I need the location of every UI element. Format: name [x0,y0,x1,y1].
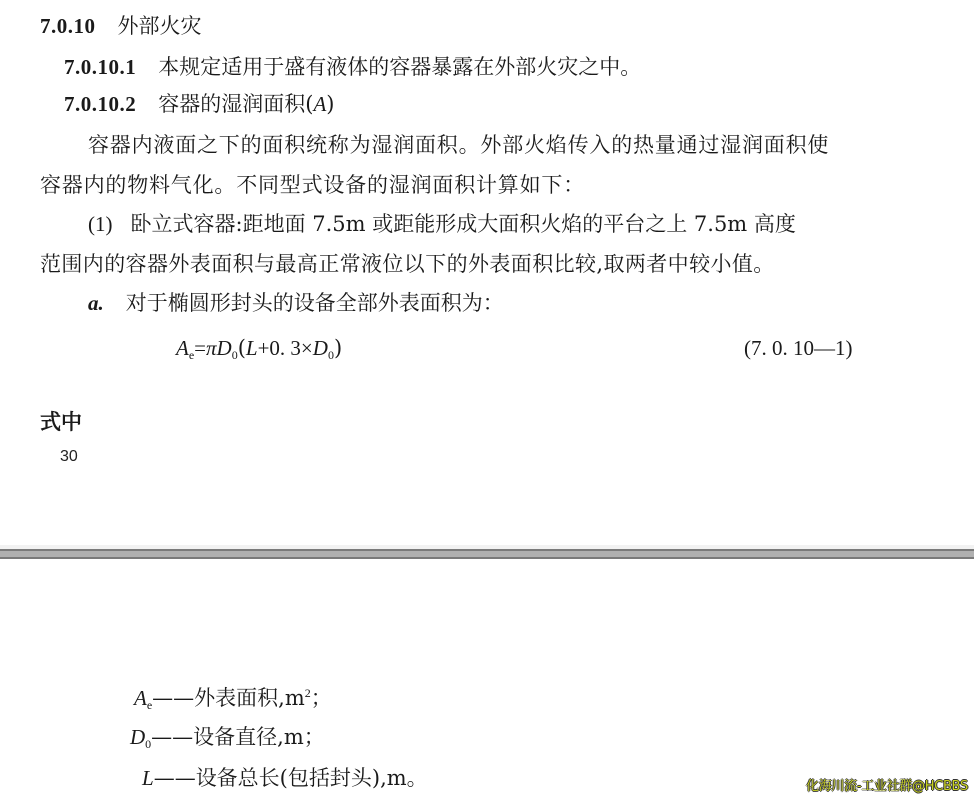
definition-var: D [130,725,145,749]
definition-d0: D0——设备直径,m； [130,725,325,756]
clause-text: 本规定适用于盛有液体的容器暴露在外部火灾之中。 [158,55,641,79]
watermark: 化海川流-工业社群@HCBBS [806,775,968,794]
item-a: a.对于椭圆形封头的设备全部外表面积为： [88,291,504,315]
clause-number: 7.0.10.1 [64,55,136,79]
equation-number: (7. 0. 10—1) [744,336,853,360]
formula-eq: = [194,336,206,360]
definition-end: ； [311,686,332,710]
definition-text: 设备直径,m； [193,725,325,749]
section-number: 7.0.10 [40,14,96,38]
clause-text-prefix: 容器的湿润面积( [158,92,313,116]
formula-paren: ( [238,336,246,360]
definition-var: A [134,686,147,710]
formula-var-l: L [246,336,258,360]
definition-text: 设备总长(包括封头),m。 [196,766,428,790]
paragraph-line-1: 容器内液面之下的面积统称为湿润面积。外部火焰传入的热量通过湿润面积使 [88,133,829,157]
formula-pi: π [206,336,217,360]
definition-dash: —— [152,686,194,710]
item-text: 对于椭圆形封头的设备全部外表面积为： [126,291,504,315]
paragraph-line-2: 容器内的物料气化。不同型式设备的湿润面积计算如下： [40,173,585,197]
formula-var-d: D [217,336,232,360]
formula-paren: ) [334,336,342,360]
definition-var: L [142,766,154,790]
item-label: a. [88,291,104,315]
item-1-line-2: 范围内的容器外表面积与最高正常液位以下的外表面积比较,取两者中较小值。 [40,252,775,276]
where-label: 式中 [40,410,82,434]
formula-var-a: A [176,336,189,360]
item-label: (1) [88,212,113,236]
clause-7-0-10-2: 7.0.10.2容器的湿润面积(A) [64,92,334,116]
definition-ae: Ae——外表面积,m2； [134,681,332,717]
clause-7-0-10-1: 7.0.10.1本规定适用于盛有液体的容器暴露在外部火灾之中。 [64,55,641,79]
definition-dash: —— [154,766,196,790]
definition-l: L——设备总长(包括封头),m。 [142,766,428,790]
clause-text-suffix: ) [326,92,334,116]
formula-var-d: D [313,336,328,360]
item-text: 卧立式容器:距地面 7.5m 或距能形成大面积火焰的平台之上 7.5m 高度 [131,212,796,236]
item-1-line-1: (1)卧立式容器:距地面 7.5m 或距能形成大面积火焰的平台之上 7.5m 高… [88,212,796,236]
page-number: 30 [60,448,78,466]
page-divider [0,549,974,559]
clause-var: A [313,92,326,116]
clause-number: 7.0.10.2 [64,92,136,116]
formula: Ae=πD0(L+0. 3×D0) [176,336,342,367]
section-title: 外部火灾 [118,14,202,38]
definition-dash: —— [151,725,193,749]
section-heading: 7.0.10外部火灾 [40,14,202,38]
definition-text: 外表面积,m [194,686,305,710]
formula-coef: +0. 3× [258,336,313,360]
